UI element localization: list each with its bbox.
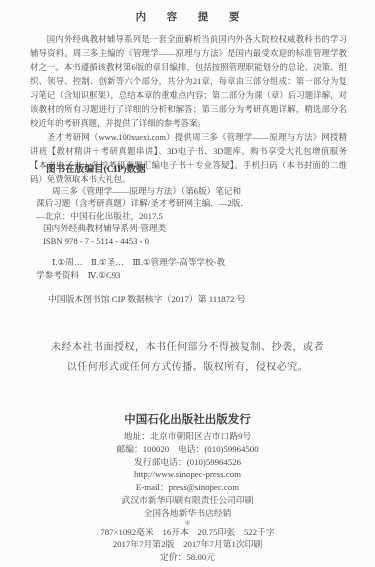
publisher-name: 中国石化出版社出版发行: [0, 413, 375, 428]
book-copyright-page: 内 容 提 要 国内外经典教材辅导系列是一套全面解析当前国内外各大院校权威教科书…: [0, 0, 375, 567]
edition-and-printing: 2017年7月第2版 2017年7月第1次印刷: [0, 538, 375, 551]
cip-isbn-line: ISBN 978 - 7 - 5114 - 4453 - 0: [36, 235, 286, 248]
cip-classification: Ⅰ.①周… Ⅱ.①圣… Ⅲ.①管理学-高等学校-教 学参考资料 Ⅳ.①C93: [36, 256, 286, 281]
copyright-warning: 未经本社书面授权，本书任何部分不得被复制、抄袭，或者 以任何形式或任何方式传播。…: [0, 338, 375, 377]
copyright-warning-line-1: 未经本社书面授权，本书任何部分不得被复制、抄袭，或者: [0, 338, 375, 358]
cip-title-line-2: 课后习题（含考研真题）详解/圣才考研网主编．—2版．: [36, 197, 286, 210]
cip-class-line-1: Ⅰ.①周… Ⅱ.①圣… Ⅲ.①管理学-高等学校-教: [36, 256, 286, 269]
summary-paragraph-1: 国内外经典教材辅导系列是一套全面解析当前国内外各大院校权威教科书的学习辅导资料。…: [30, 33, 347, 131]
cip-block: 图书在版编目(CIP)数据 周三多《管理学——原理与方法》（第6版）笔记和 课后…: [36, 164, 286, 306]
copyright-warning-line-2: 以任何形式或任何方式传播。版权所有，侵权必究。: [0, 358, 375, 378]
distributor-name: 全国各地新华书店经销: [0, 507, 375, 520]
cip-bibliographic-entry: 周三多《管理学——原理与方法》（第6版）笔记和 课后习题（含考研真题）详解/圣才…: [36, 185, 286, 248]
content-summary-heading: 内 容 提 要: [0, 9, 375, 24]
cip-record-number: 中国版本图书馆 CIP 数据核字（2017）第 111872 号: [48, 293, 286, 306]
price: 定价：58.00元: [0, 551, 375, 564]
publisher-address: 地址：北京市朝阳区吉市口路9号: [0, 430, 375, 443]
publisher-email: E-mail：press@sinopec.com: [0, 481, 375, 494]
print-format-spec: 787×1092毫米 16开本 20.75印张 522千字: [0, 526, 375, 539]
cip-class-line-2: 学参考资料 Ⅳ.①C93: [36, 269, 286, 282]
cip-heading: 图书在版编目(CIP)数据: [46, 164, 286, 177]
printer-name: 武汉市新华印刷有限责任公司印刷: [0, 494, 375, 507]
postal-code-and-phone: 邮编：100020 电话：(010)59964500: [0, 443, 375, 456]
cip-series-line: 国内外经典教材辅导系列·管理类: [36, 222, 286, 235]
cip-title-line-1: 周三多《管理学——原理与方法》（第6版）笔记和: [36, 185, 286, 198]
publisher-website: http://www.sinopec-press.com: [0, 468, 375, 481]
distribution-phone: 发行部电话：(010)59964526: [0, 456, 375, 469]
colophon: 中国石化出版社出版发行 地址：北京市朝阳区吉市口路9号 邮编：100020 电话…: [0, 413, 375, 564]
cip-title-line-3: —北京：中国石化出版社，2017.5: [36, 210, 286, 223]
